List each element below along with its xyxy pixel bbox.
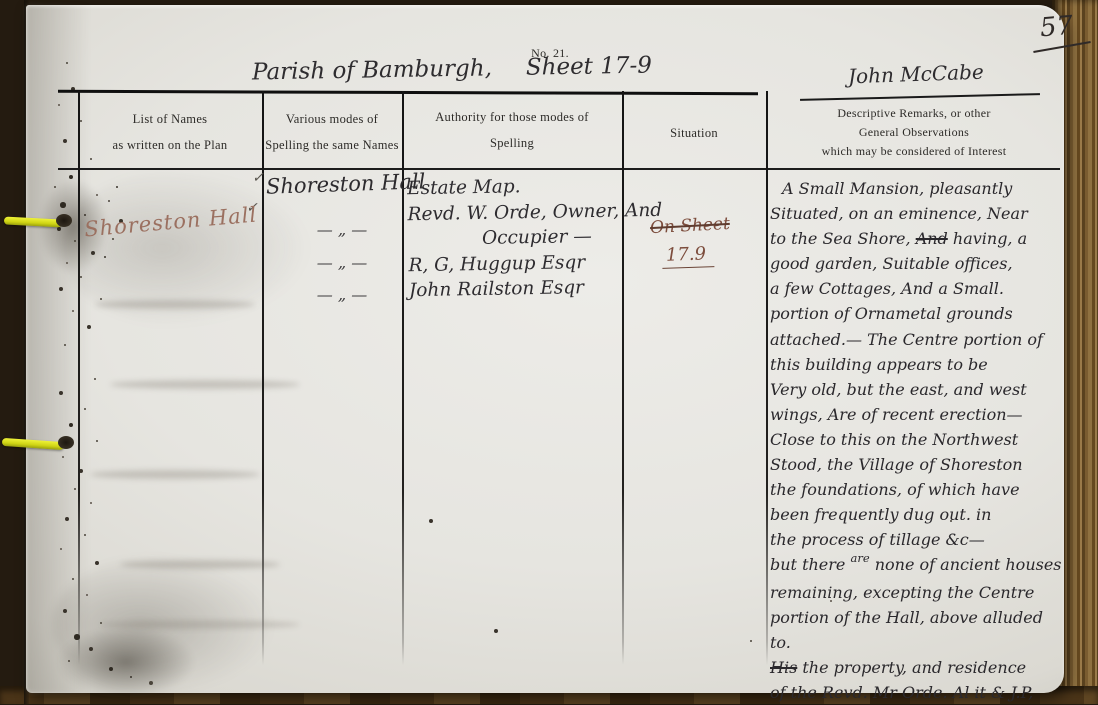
remarks-segment: Situated, on an eminence, Near — [770, 204, 1028, 223]
remarks-line: portion of the Hall, above alluded — [770, 605, 1062, 630]
ditto-mark: — „ — — [300, 220, 384, 239]
remarks-segment: been frequently dug out. in — [770, 505, 991, 524]
authority-list: Estate Map.Revd. W. Orde, Owner, AndOccu… — [407, 172, 664, 304]
remarks-line: but there are none of ancient houses — [770, 552, 1062, 579]
surveyor-name: John McCabe — [848, 60, 984, 89]
remarks-line: Situated, on an eminence, Near — [770, 201, 1062, 226]
remarks-line: this building appears to be — [770, 352, 1062, 377]
remarks-segment: having, a — [948, 229, 1027, 248]
stitch-hole — [56, 214, 72, 227]
remarks-segment: of the Revd. Mr Orde. Al it & J.P, — [770, 683, 1033, 702]
column-header-spelling: Various modes of Spelling the same Names — [264, 106, 400, 158]
column-header-remarks: Descriptive Remarks, or other General Ob… — [768, 104, 1060, 161]
remarks-line: Close to this on the Northwest — [770, 427, 1062, 452]
remarks-segment: this building appears to be — [770, 355, 988, 374]
pencil-smudge — [90, 470, 260, 479]
remarks-line: A Small Mansion, pleasantly — [770, 176, 1062, 201]
column-rule — [766, 91, 768, 665]
remarks-segment: the foundations, of which have — [770, 480, 1020, 499]
header-line: Situation — [624, 120, 764, 146]
parish-name: Parish of Bamburgh, — [252, 55, 492, 85]
remarks-line: a few Cottages, And a Small. — [770, 276, 1062, 301]
remarks-segment: Very old, but the east, and west — [770, 380, 1027, 399]
remarks-line: to. — [770, 630, 1062, 655]
remarks-segment: attached.— The Centre portion of — [770, 330, 1043, 349]
authority-line: Revd. W. Orde, Owner, And — [407, 197, 662, 227]
remarks-text: A Small Mansion, pleasantlySituated, on … — [770, 176, 1062, 704]
remarks-segment: portion of Ornametal grounds — [770, 304, 1013, 323]
pencil-smudge — [95, 300, 255, 309]
column-header-authority: Authority for those modes of Spelling — [404, 104, 620, 156]
ditto-mark: — „ — — [300, 285, 384, 304]
remarks-line: been frequently dug out. in — [770, 502, 1062, 527]
remarks-line: His the property, and residence — [770, 655, 1062, 680]
remarks-segment: remaining, excepting the Centre — [770, 583, 1034, 602]
header-bottom-rule — [58, 168, 1060, 170]
remarks-line: portion of Ornametal grounds — [770, 301, 1062, 326]
remarks-segment: the property, and residence — [797, 658, 1026, 677]
remarks-segment: good garden, Suitable offices, — [770, 254, 1013, 273]
header-line: List of Names — [80, 106, 260, 132]
header-line: which may be considered of Interest — [768, 142, 1060, 161]
remarks-segment: the process of tillage &c— — [770, 530, 985, 549]
remarks-segment: are — [850, 546, 869, 571]
pencil-smudge — [110, 380, 300, 389]
remarks-segment: A Small Mansion, pleasantly — [782, 179, 1012, 198]
remarks-line: the foundations, of which have — [770, 477, 1062, 502]
check-mark: ✓ — [252, 170, 264, 186]
remarks-line: Very old, but the east, and west — [770, 377, 1062, 402]
column-rule — [78, 91, 80, 665]
remarks-segment: none of ancient houses — [870, 555, 1062, 574]
remarks-segment: And — [916, 229, 948, 248]
header-line: Spelling the same Names — [264, 132, 400, 158]
situation-entry-line2: 17.9 — [662, 243, 715, 269]
remarks-segment: a few Cottages, And a Small. — [770, 279, 1004, 298]
remarks-line: remaining, excepting the Centre — [770, 580, 1062, 605]
remarks-segment: Stood, the Village of Shoreston — [770, 455, 1023, 474]
remarks-segment: His — [770, 658, 797, 677]
authority-line: John Railston Esqr — [409, 274, 664, 304]
remarks-line: of the Revd. Mr Orde. Al it & J.P, — [770, 680, 1062, 704]
header-line: Various modes of — [264, 106, 400, 132]
column-header-names: List of Names as written on the Plan — [80, 106, 260, 158]
remarks-segment: to the Sea Shore, — [770, 229, 916, 248]
column-header-situation: Situation — [624, 120, 764, 146]
remarks-line: to the Sea Shore, And having, a — [770, 226, 1062, 251]
remarks-segment: but there — [770, 555, 850, 574]
header-line: Authority for those modes of — [404, 104, 620, 130]
foxing-speckles — [0, 0, 2, 2]
stitch-hole — [58, 436, 74, 449]
remarks-line: Stood, the Village of Shoreston — [770, 452, 1062, 477]
folio-number: 57 — [1039, 11, 1075, 44]
header-line: General Observations — [768, 123, 1060, 142]
header-line: Spelling — [404, 130, 620, 156]
pencil-smudge — [100, 620, 300, 629]
remarks-segment: wings, Are of recent erection— — [770, 405, 1023, 424]
remarks-line: attached.— The Centre portion of — [770, 327, 1062, 352]
header-line: as written on the Plan — [80, 132, 260, 158]
remarks-segment: portion of the Hall, above alluded — [770, 608, 1043, 627]
remarks-line: wings, Are of recent erection— — [770, 402, 1062, 427]
pencil-smudge — [120, 560, 280, 569]
ink-blotch-corner — [56, 626, 196, 698]
header-line: Descriptive Remarks, or other — [768, 104, 1060, 123]
remarks-segment: Close to this on the Northwest — [770, 430, 1018, 449]
ditto-mark: — „ — — [300, 253, 384, 272]
remarks-line: the process of tillage &c— — [770, 527, 1062, 552]
remarks-line: good garden, Suitable offices, — [770, 251, 1062, 276]
sheet-reference: Sheet 17-9 — [526, 53, 652, 81]
remarks-segment: to. — [770, 633, 791, 652]
scanned-ledger-page: No. 21. List of Names as written on the … — [0, 0, 1098, 704]
situation-entry-line1: On Sheet — [650, 214, 731, 238]
